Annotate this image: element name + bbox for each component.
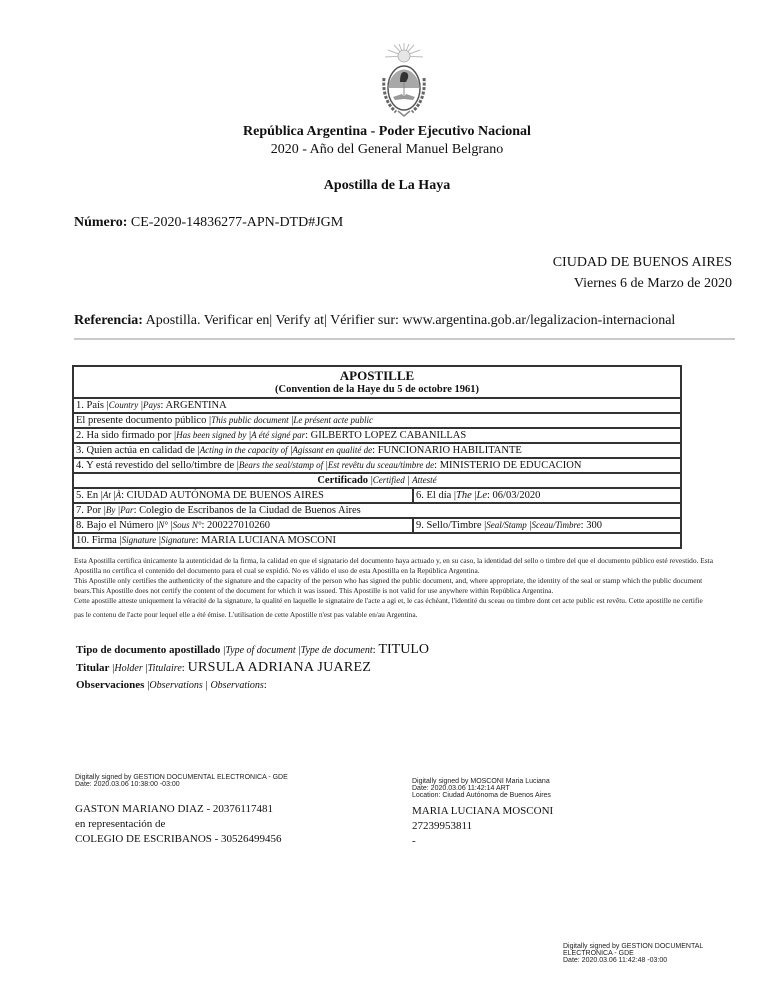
document-type-label-fr: Type de document [301,645,373,656]
field-country: 1. País |Country |Pays: ARGENTINA [74,397,680,412]
certified-label-en: Certified [373,475,405,485]
field-signed-by: 2. Ha sido firmado por |Has been signed … [74,427,680,442]
field-label: 1. País | [76,400,109,411]
row-at-and-date: 5. En |At |À: CIUDAD AUTÓNOMA DE BUENOS … [74,487,680,502]
reference: Referencia: Apostilla. Verificar en| Ver… [74,313,675,329]
document-type: Tipo de documento apostillado |Type of d… [76,642,429,658]
field-label-en: Signature [122,535,157,545]
signer-name: GASTON MARIANO DIAZ - 20376117481 [75,802,282,817]
document-type-value: TITULO [378,642,429,657]
digital-signature-mosconi: Digitally signed by MOSCONI Maria Lucian… [412,778,551,799]
field-label-fr: Agissant en qualité de [292,445,372,455]
field-label: 7. Por | [76,505,106,516]
certified-heading: Certificado |Certified | Attesté [74,472,680,487]
signature-line: Digitally signed by MOSCONI Maria Lucian… [412,778,551,785]
field-label: 5. En | [76,490,103,501]
field-label-en: Bears the seal/stamp of [239,460,323,470]
document-number-label: Número: [74,215,127,230]
signer-extra: - [412,834,553,849]
field-label-en: At [103,490,111,500]
field-sep: : [264,679,267,691]
field-at: 5. En |At |À: CIUDAD AUTÓNOMA DE BUENOS … [74,489,414,502]
field-by: 7. Por |By |Par: Colegio de Escribanos d… [74,502,680,517]
field-label: 8. Bajo el Número | [76,520,158,531]
signature-line: Digitally signed by GESTION DOCUMENTAL [563,943,703,950]
argentina-coat-of-arms-icon [376,42,432,122]
field-public-document: El presente documento público |This publ… [74,412,680,427]
signature-date: Date: 2020.03.06 11:42:14 ART [412,785,551,792]
certified-label-fr: Attesté [412,475,437,485]
signer-name: MARIA LUCIANA MOSCONI [412,804,553,819]
signature-location: Location: Ciudad Autónoma de Buenos Aire… [412,792,551,799]
field-label-fr: A été signé par [251,430,305,440]
holder-label: Titular [76,662,109,674]
disclaimer-es: Esta Apostilla certifica únicamente la a… [74,556,734,576]
document-number-value: CE-2020-14836277-APN-DTD#JGM [131,215,343,230]
observations-label-fr: Observations [210,680,263,691]
field-label-en: This public document [211,415,289,425]
field-label-en: Country [109,400,139,410]
apostille-subtitle: (Convention de la Haye du 5 de octobre 1… [74,383,680,397]
disclaimer-fr-1: Cette apostille atteste uniquement la vé… [74,596,734,606]
document-title: Apostilla de La Haya [0,178,774,194]
field-label-fr: Sous N° [173,520,202,530]
field-number: 8. Bajo el Número |N° |Sous N°: 20022701… [74,519,414,532]
issuer-subtitle: 2020 - Año del General Manuel Belgrano [0,142,774,158]
divider [74,338,735,340]
field-label-en: Has been signed by [176,430,246,440]
field-label: El presente documento público | [76,415,211,426]
field-label: 4. Y está revestido del sello/timbre de … [76,460,239,471]
document-type-label-en: Type of document [225,645,295,656]
disclaimer-fr-2: pas le contenu de l'acte pour lequel ell… [74,610,734,620]
apostille-box: APOSTILLE (Convention de la Haye du 5 de… [72,365,682,549]
field-label: 10. Firma | [76,535,122,546]
field-capacity: 3. Quien actúa en calidad de |Acting in … [74,442,680,457]
holder-value: URSULA ADRIANA JUAREZ [188,660,372,675]
field-label-en: N° [158,520,168,530]
signature-date: Date: 2020.03.06 11:42:48 -03:00 [563,957,703,964]
field-value: : 06/03/2020 [487,490,540,501]
signature-line: Digitally signed by GESTION DOCUMENTAL E… [75,774,288,781]
field-value: : GILBERTO LOPEZ CABANILLAS [305,430,466,441]
holder-label-en: Holder [114,663,142,674]
document-number: Número: CE-2020-14836277-APN-DTD#JGM [74,215,343,231]
field-value: : MINISTERIO DE EDUCACION [434,460,581,471]
apostille-title: APOSTILLE [74,367,680,383]
field-label: 3. Quien actúa en calidad de | [76,445,200,456]
field-signature: 10. Firma |Signature |Signature: MARIA L… [74,532,680,547]
field-value: : 200227010260 [202,520,271,531]
field-value: : CIUDAD AUTÓNOMA DE BUENOS AIRES [121,490,324,501]
digital-signature-gde-2: Digitally signed by GESTION DOCUMENTAL E… [563,943,703,964]
certified-label: Certificado [317,475,368,486]
observations-label: Observaciones [76,679,144,691]
reference-value: Apostilla. Verificar en| Verify at| Véri… [146,313,676,328]
field-value: : 300 [581,520,602,531]
digital-signature-gde-1: Digitally signed by GESTION DOCUMENTAL E… [75,774,288,788]
signature-date: Date: 2020.03.06 10:38:00 -03:00 [75,781,288,788]
field-label-fr: Par [120,505,134,515]
field-the-day: 6. El día |The |Le: 06/03/2020 [414,489,542,502]
field-value: : MARIA LUCIANA MOSCONI [196,535,336,546]
field-seal: 4. Y está revestido del sello/timbre de … [74,457,680,472]
field-label-en: Seal/Stamp [486,520,527,530]
field-label-en: Acting in the capacity of [200,445,288,455]
signer-role: en representación de [75,817,282,832]
disclaimer: Esta Apostilla certifica únicamente la a… [74,556,734,620]
field-value: : ARGENTINA [160,400,226,411]
field-label-en: By [106,505,116,515]
observations: Observaciones |Observations | Observatio… [76,679,267,691]
holder-label-fr: Titulaire [148,663,182,674]
signer-organization: COLEGIO DE ESCRIBANOS - 30526499456 [75,832,282,847]
field-label-fr: Signature [161,535,196,545]
observations-label-en: Observations [149,680,202,691]
field-label-fr: Le [477,490,488,501]
signer-id: 27239953811 [412,819,553,834]
field-label: 9. Sello/Timbre | [416,520,486,531]
field-value: : FUNCIONARIO HABILITANTE [372,445,522,456]
issue-date: Viernes 6 de Marzo de 2020 [574,276,732,292]
field-value: : Colegio de Escribanos de la Ciudad de … [134,505,361,516]
field-label: 2. Ha sido firmado por | [76,430,176,441]
field-label-fr: Pays [143,400,161,410]
field-stamp: 9. Sello/Timbre |Seal/Stamp |Sceau/Timbr… [414,519,604,532]
disclaimer-en: This Apostille only certifies the authen… [74,576,734,596]
signer-block-2: MARIA LUCIANA MOSCONI 27239953811 - [412,804,553,849]
reference-label: Referencia: [74,313,143,328]
row-number-and-stamp: 8. Bajo el Número |N° |Sous N°: 20022701… [74,517,680,532]
document-type-label: Tipo de documento apostillado [76,644,220,656]
field-label-en: The [456,490,472,501]
field-label-fr: Le présent acte public [293,415,373,425]
place: CIUDAD DE BUENOS AIRES [553,255,732,271]
issuer-title: República Argentina - Poder Ejecutivo Na… [0,124,774,140]
signer-block-1: GASTON MARIANO DIAZ - 20376117481 en rep… [75,802,282,847]
field-label-fr: Sceau/Timbre [532,520,581,530]
field-label: 6. El día | [416,490,456,501]
holder: Titular |Holder |Titulaire: URSULA ADRIA… [76,660,371,676]
signature-line: ELECTRONICA - GDE [563,950,703,957]
field-label-fr: Est revêtu du sceau/timbre de [328,460,434,470]
